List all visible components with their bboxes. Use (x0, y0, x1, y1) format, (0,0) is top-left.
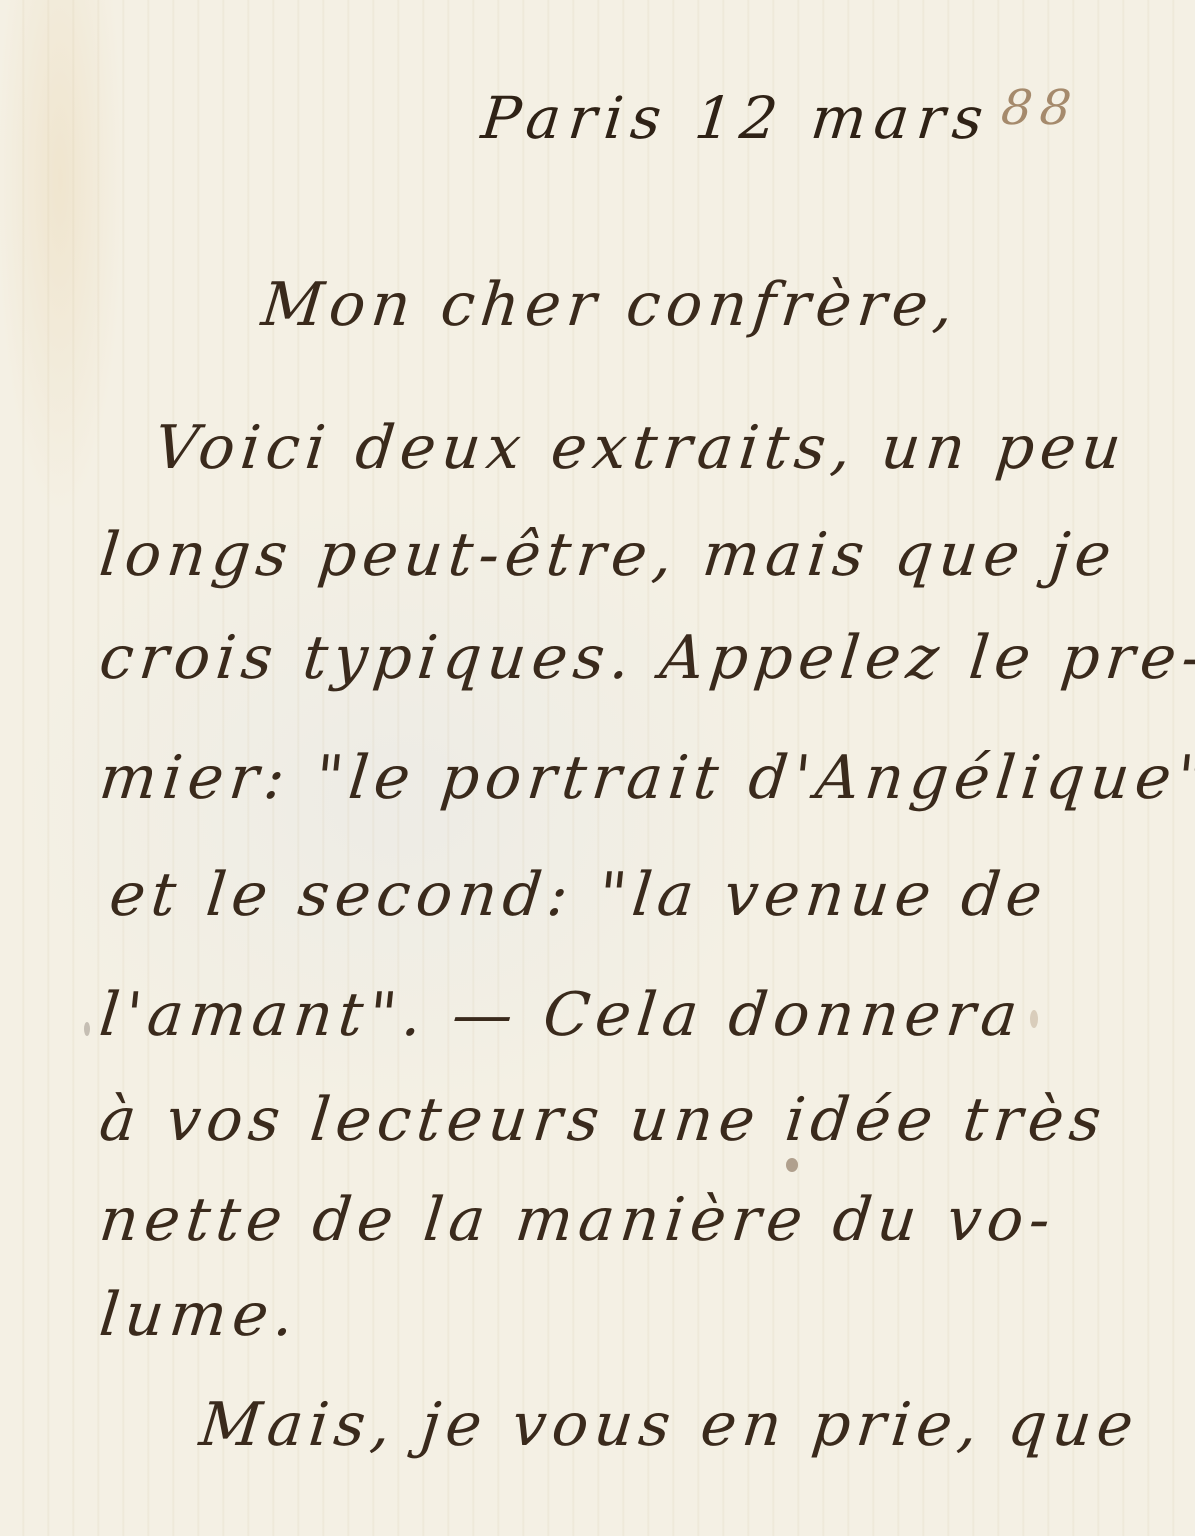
letter-line: Voici deux extraits, un peu (152, 418, 1130, 478)
letter-line: à vos lecteurs une idée très (97, 1090, 1110, 1150)
ink-spot (84, 1022, 90, 1036)
letter-line: lume. (97, 1285, 303, 1345)
letter-line: crois typiques. Appelez le pre- (97, 628, 1195, 688)
letter-line: mier: "le portrait d'Angélique", (97, 748, 1195, 808)
place-date: Paris 12 mars (478, 84, 994, 152)
ink-spot (786, 1158, 798, 1172)
year-annotation: 88 (999, 80, 1082, 136)
salutation: Mon cher confrère, (259, 275, 962, 335)
ink-spot (1030, 1010, 1038, 1028)
letter-line: et le second: "la venue de (107, 865, 1051, 925)
letter-line: Mais, je vous en prie, que (197, 1395, 1142, 1455)
letter-page: Paris 12 mars88 Mon cher confrère, Voici… (0, 0, 1195, 1536)
letter-line: nette de la manière du vo- (97, 1190, 1059, 1250)
letter-line: l'amant". — Cela donnera (97, 985, 1026, 1045)
letter-dateline: Paris 12 mars88 (478, 80, 1081, 152)
letter-line: longs peut-être, mais que je (97, 525, 1120, 585)
